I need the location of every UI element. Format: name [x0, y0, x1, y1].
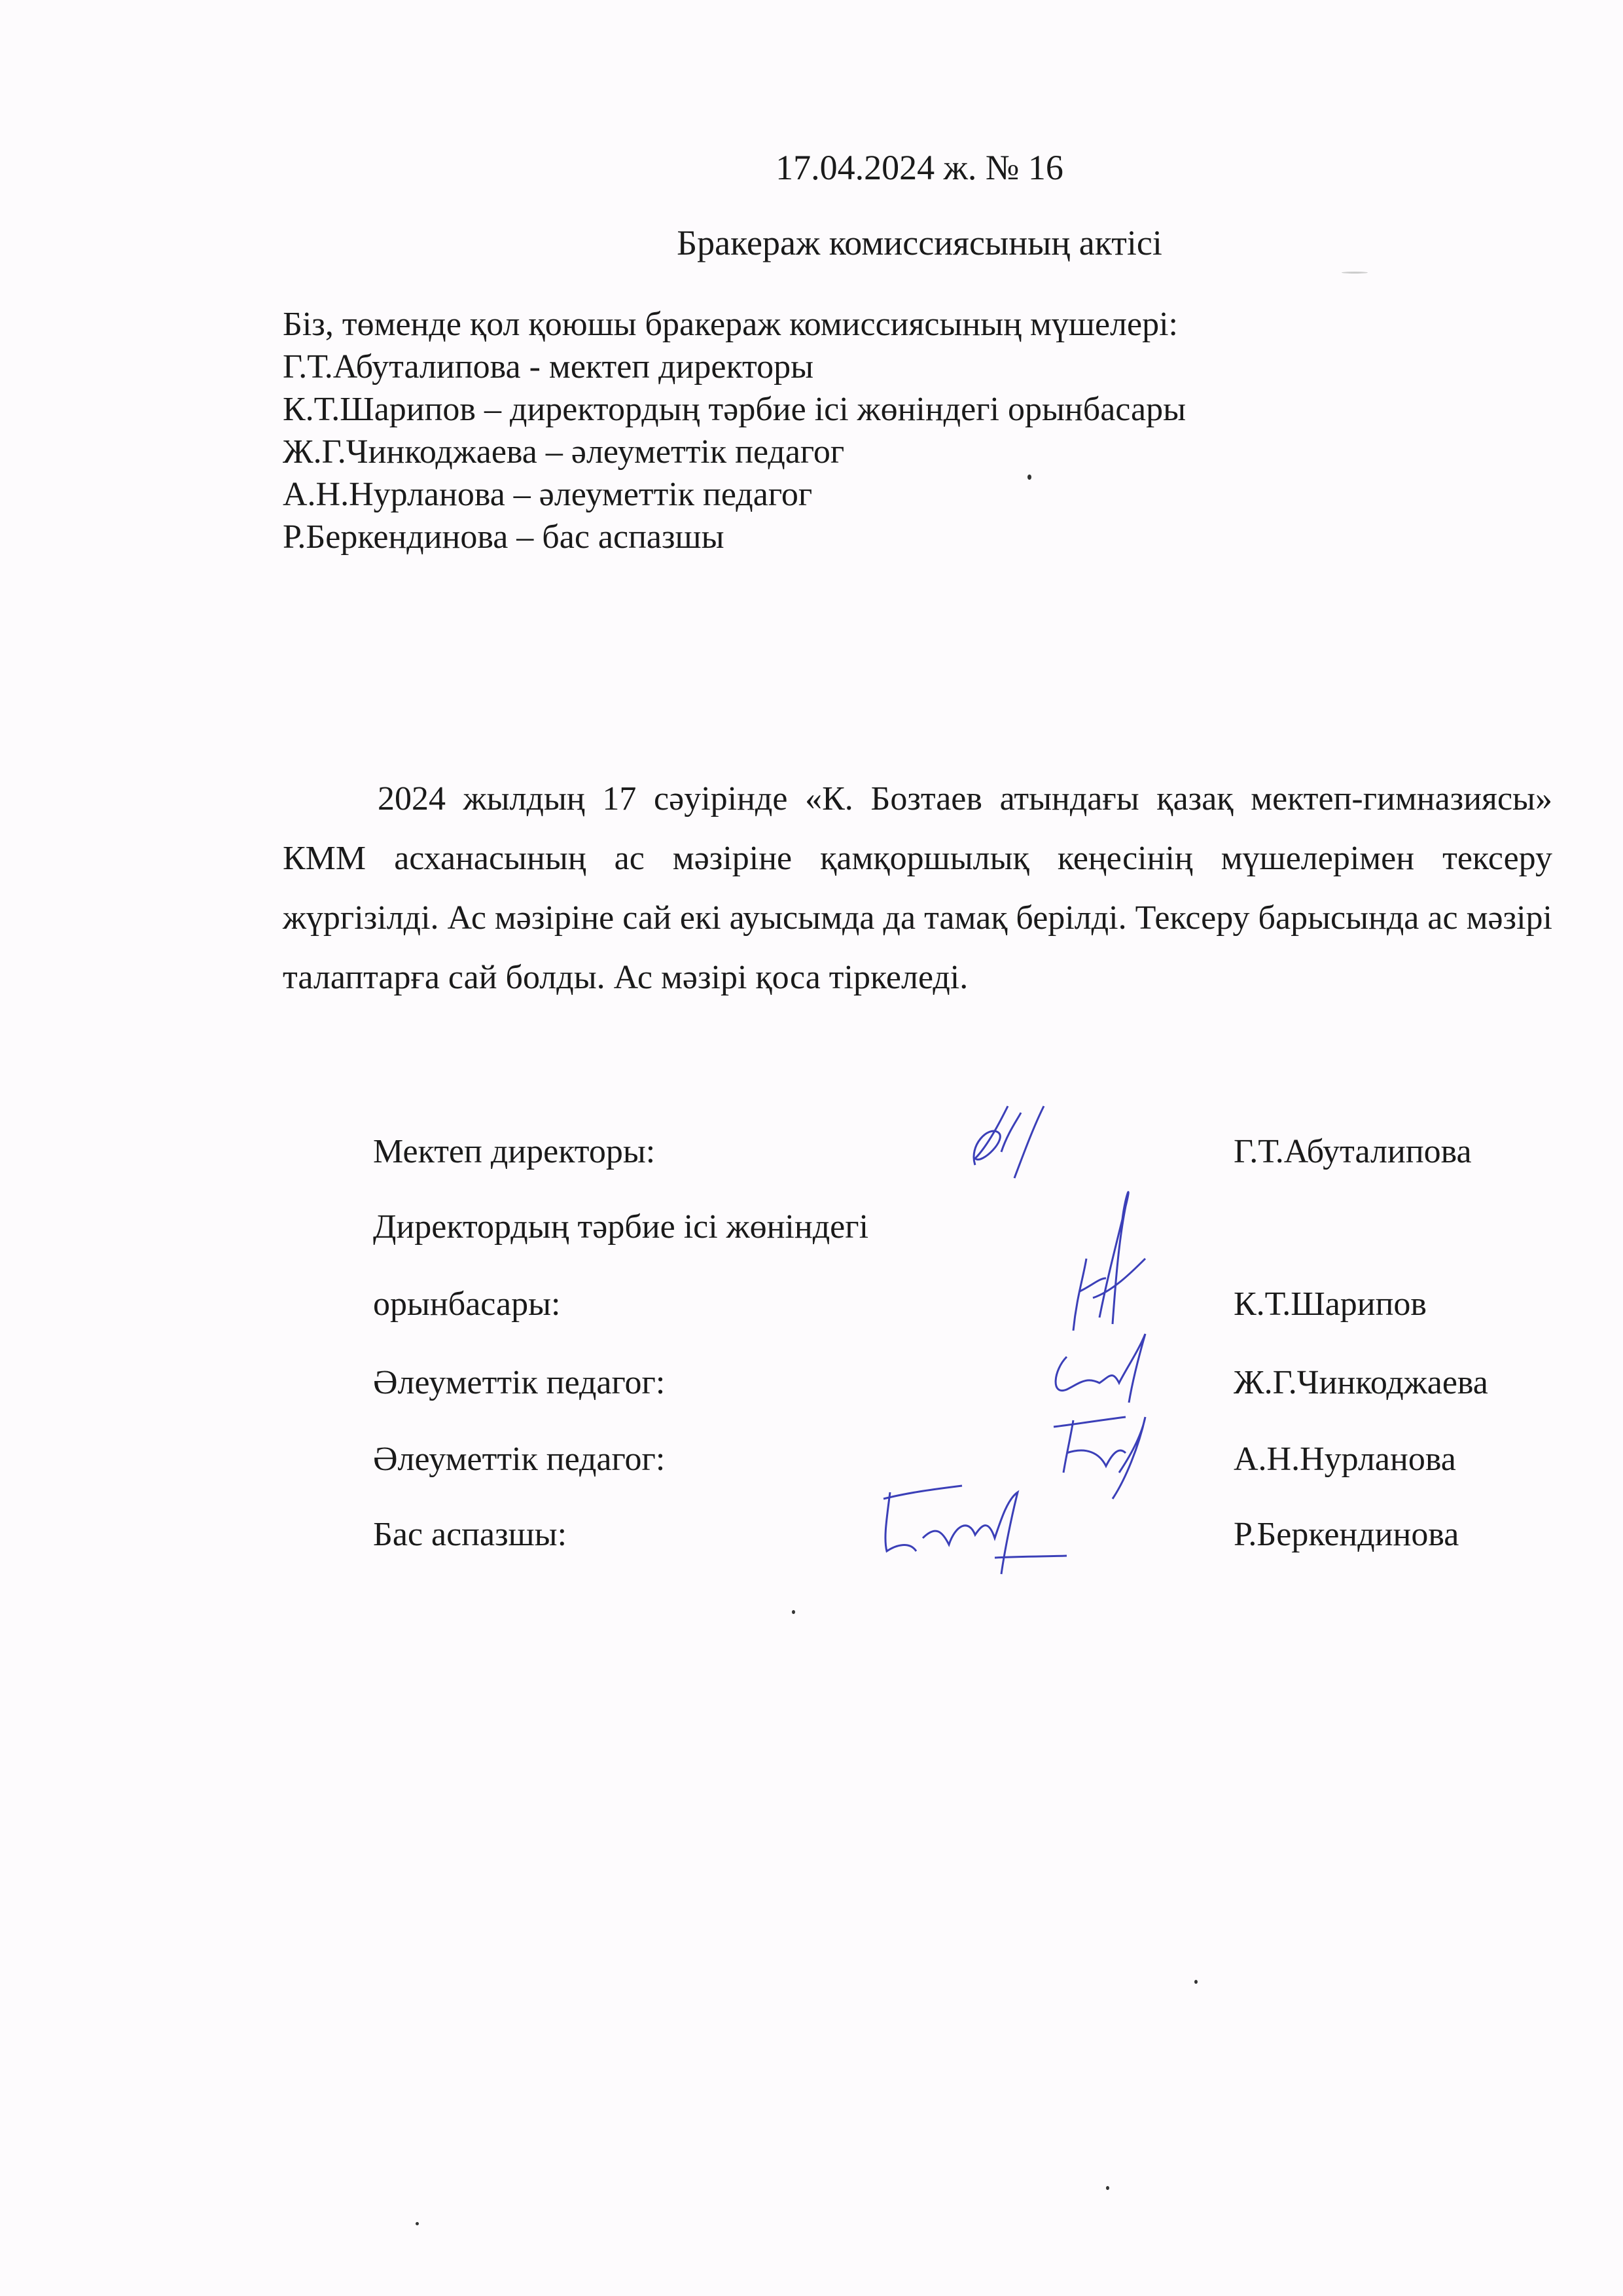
- document-page: 17.04.2024 ж. № 16 Бракераж комиссиясыны…: [0, 0, 1623, 2296]
- signatory-name: К.Т.Шарипов: [1234, 1285, 1427, 1323]
- signature-role-line1: Директордың тәрбие ісі жөніндегі: [373, 1208, 868, 1246]
- handwritten-signature-icon: [1047, 1331, 1152, 1418]
- signatory-name: Р.Беркендинова: [1234, 1515, 1459, 1554]
- scan-speck: [1194, 1980, 1198, 1984]
- signature-role: Мектеп директоры:: [373, 1132, 655, 1171]
- signature-role: Әлеуметтік педагог:: [373, 1363, 665, 1402]
- inspection-text: 2024 жылдың 17 сәуірінде «К. Бозтаев аты…: [283, 769, 1552, 1007]
- signatory-name: А.Н.Нурланова: [1234, 1440, 1456, 1479]
- commission-members: Біз, төменде қол қоюшы бракераж комиссия…: [283, 303, 1186, 558]
- document-title: Бракераж комиссиясының актісі: [0, 223, 1623, 263]
- handwritten-signature-icon: [962, 1093, 1047, 1200]
- document-number-date: 17.04.2024 ж. № 16: [0, 147, 1623, 188]
- member-item: Р.Беркендинова – бас аспазшы: [283, 516, 1186, 558]
- scan-speck: [792, 1610, 795, 1614]
- signature-role: Әлеуметтік педагог:: [373, 1440, 665, 1479]
- signatory-name: Г.Т.Абуталипова: [1234, 1132, 1472, 1171]
- member-item: А.Н.Нурланова – әлеуметтік педагог: [283, 473, 1186, 516]
- members-intro: Біз, төменде қол қоюшы бракераж комиссия…: [283, 303, 1186, 346]
- signature-role: Бас аспазшы:: [373, 1515, 567, 1554]
- member-item: Г.Т.Абуталипова - мектеп директоры: [283, 346, 1186, 388]
- member-item: Ж.Г.Чинкоджаева – әлеуметтік педагог: [283, 431, 1186, 473]
- scan-speck: [1342, 272, 1368, 274]
- scan-speck: [416, 2222, 419, 2225]
- member-item: К.Т.Шарипов – директордың тәрбие ісі жөн…: [283, 388, 1186, 431]
- signature-role: орынбасары:: [373, 1285, 560, 1323]
- scan-speck: [1106, 2186, 1109, 2190]
- signatory-name: Ж.Г.Чинкоджаева: [1234, 1363, 1488, 1402]
- scan-speck: [1027, 475, 1031, 480]
- handwritten-signature-icon: [870, 1479, 1067, 1592]
